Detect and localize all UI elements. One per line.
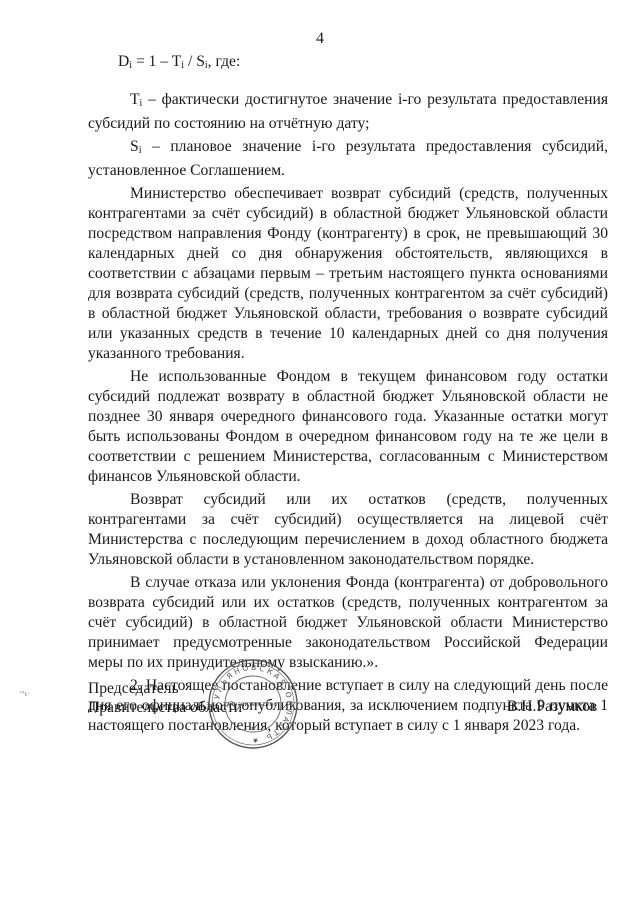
formula: Di = 1 – Ti / Si, где:	[118, 53, 240, 71]
page-number: 4	[0, 30, 640, 48]
document-body: Ti – фактически достигнутое значение i-г…	[88, 90, 608, 739]
definition-t: Ti – фактически достигнутое значение i-г…	[88, 90, 608, 134]
signatory-name: В.Н.Разумков	[507, 698, 597, 716]
paragraph-return-procedure: Министерство обеспечивает возврат субсид…	[88, 184, 608, 364]
paragraph-unused-balances: Не использованные Фондом в текущем финан…	[88, 367, 608, 487]
paragraph-enforcement: В случае отказа или уклонения Фонда (кон…	[88, 573, 608, 673]
svg-text:★: ★	[250, 725, 255, 732]
svg-text:Правительство: Правительство	[229, 701, 277, 708]
official-seal-icon: УЛЬЯНОВСКАЯ ОБЛАСТЬ ★ Правительство ★	[207, 658, 299, 750]
paragraph-return-account: Возврат субсидий или их остатков (средст…	[88, 490, 608, 570]
margin-mark: ⁿ'ι-	[20, 690, 30, 698]
definition-s: Si – плановое значение i-го результата п…	[88, 137, 608, 181]
